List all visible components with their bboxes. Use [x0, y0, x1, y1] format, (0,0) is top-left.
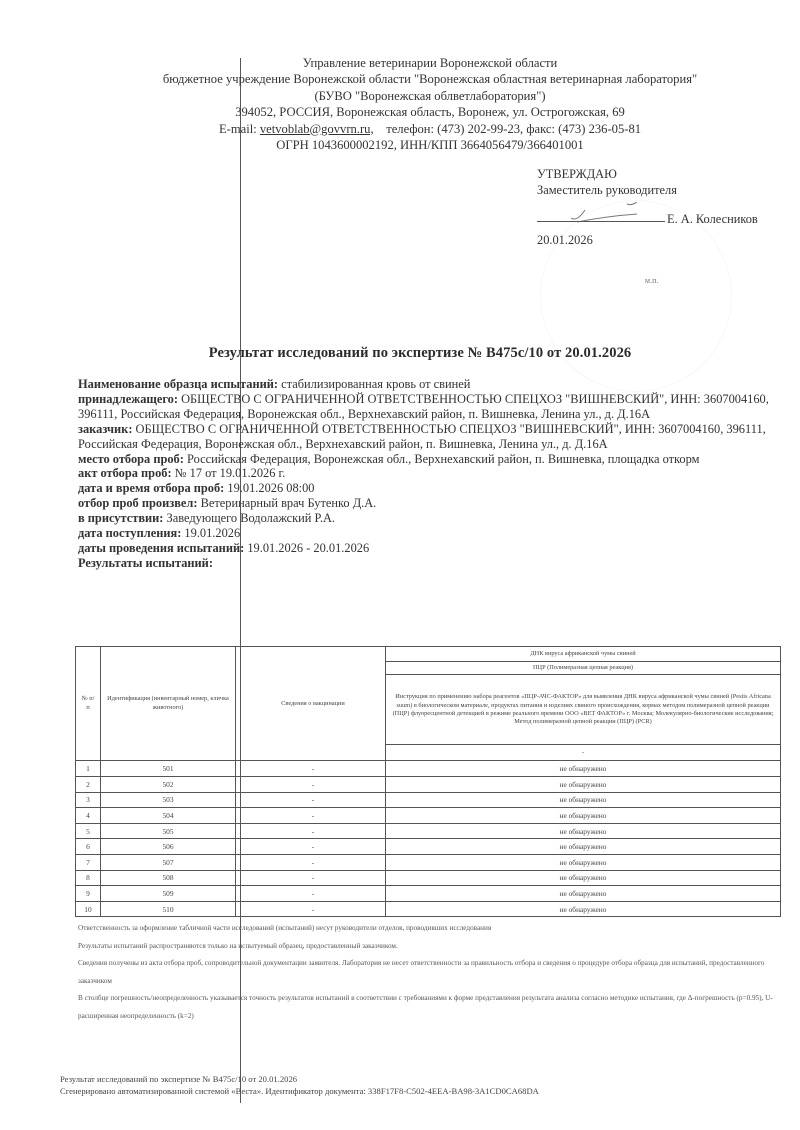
table-row: 8508-не обнаружено — [76, 870, 781, 886]
institution-name: бюджетное учреждение Воронежской области… — [100, 71, 760, 87]
address: 394052, РОССИЯ, Воронежская область, Вор… — [100, 104, 760, 120]
page-footer: Результат исследований по экспертизе № В… — [60, 1073, 780, 1097]
field-owner: принадлежащего: ОБЩЕСТВО С ОГРАНИЧЕННОЙ … — [78, 392, 778, 422]
email-label: E-mail: — [219, 122, 257, 136]
sample-info: Наименование образца испытаний: стабилиз… — [78, 377, 778, 571]
header-unit: - — [386, 745, 781, 761]
footer-reference: Результат исследований по экспертизе № В… — [60, 1073, 780, 1085]
header-vaccination: Сведения о вакцинации — [241, 647, 386, 761]
field-customer: заказчик: ОБЩЕСТВО С ОГРАНИЧЕННОЙ ОТВЕТС… — [78, 422, 778, 452]
header-method-short: ПЦР (Полимеразная цепная реакция) — [386, 662, 781, 675]
table-row: 10510-не обнаружено — [76, 901, 781, 917]
table-row: 9509-не обнаружено — [76, 886, 781, 902]
table-row: 2502-не обнаружено — [76, 777, 781, 793]
field-sample-name: Наименование образца испытаний: стабилиз… — [78, 377, 778, 392]
phone-fax: телефон: (473) 202-99-23, факс: (473) 23… — [386, 122, 641, 136]
table-row: 5505-не обнаружено — [76, 823, 781, 839]
field-in-presence: в присутствии: Заведующего Водолажский Р… — [78, 511, 778, 526]
document-title: Результат исследований по экспертизе № В… — [60, 345, 780, 362]
table-row: 6506-не обнаружено — [76, 839, 781, 855]
field-sampling-place: место отбора проб: Российская Федерация,… — [78, 452, 778, 467]
field-test-dates: даты проведения испытаний: 19.01.2026 - … — [78, 541, 778, 556]
contacts: E-mail: vetvoblab@govvrn.ru, телефон: (4… — [100, 121, 760, 137]
approval-date: 20.01.2026 — [537, 232, 777, 248]
note-scope: Результаты испытаний распространяются то… — [78, 938, 783, 956]
letterhead: Управление ветеринарии Воронежской облас… — [100, 55, 760, 153]
results-heading: Результаты испытаний: — [78, 556, 778, 571]
field-sampling-act: акт отбора проб: № 17 от 19.01.2026 г. — [78, 466, 778, 481]
seal-label: м.п. — [645, 273, 658, 289]
signature-row: Е. А. Колесников — [537, 198, 777, 232]
signature-line — [537, 221, 665, 222]
header-no: № п/п — [76, 647, 101, 761]
table-row: 1501-не обнаружено — [76, 761, 781, 777]
registration-numbers: ОГРН 1043600002192, ИНН/КПП 3664056479/3… — [100, 137, 760, 153]
table-row: 4504-не обнаружено — [76, 808, 781, 824]
note-responsibility: Ответственность за оформление табличной … — [78, 920, 783, 938]
table-header-row: № п/п Идентификация (инвентарный номер, … — [76, 647, 781, 662]
authority-name: Управление ветеринарии Воронежской облас… — [100, 55, 760, 71]
note-uncertainty: В столбце погрешность/неопределенность у… — [78, 990, 783, 1025]
field-sampled-by: отбор проб произвел: Ветеринарный врач Б… — [78, 496, 778, 511]
footer-generated-id: Сгенерировано автоматизированной системо… — [60, 1085, 780, 1097]
header-indicator: ДНК вируса африканской чумы свиней — [386, 647, 781, 662]
table-row: 3503-не обнаружено — [76, 792, 781, 808]
field-sampling-datetime: дата и время отбора проб: 19.01.2026 08:… — [78, 481, 778, 496]
header-method-document: Инструкция по применению набора реагенто… — [386, 675, 781, 745]
approver-name: Е. А. Колесников — [667, 211, 758, 227]
header-identification: Идентификация (инвентарный номер, кличка… — [101, 647, 236, 761]
email-link[interactable]: vetvoblab@govvrn.ru, — [260, 122, 374, 136]
footnotes: Ответственность за оформление табличной … — [78, 920, 783, 1025]
institution-short-name: (БУВО "Воронежская облветлаборатория") — [100, 88, 760, 104]
approver-position: Заместитель руководителя — [537, 182, 777, 198]
approval-heading: УТВЕРЖДАЮ — [537, 166, 777, 182]
note-sampling-source: Сведения получены из акта отбора проб, с… — [78, 955, 783, 990]
approval-block: УТВЕРЖДАЮ Заместитель руководителя Е. А.… — [537, 166, 777, 248]
results-table: № п/п Идентификация (инвентарный номер, … — [75, 646, 781, 917]
table-row: 7507-не обнаружено — [76, 854, 781, 870]
field-receipt-date: дата поступления: 19.01.2026 — [78, 526, 778, 541]
